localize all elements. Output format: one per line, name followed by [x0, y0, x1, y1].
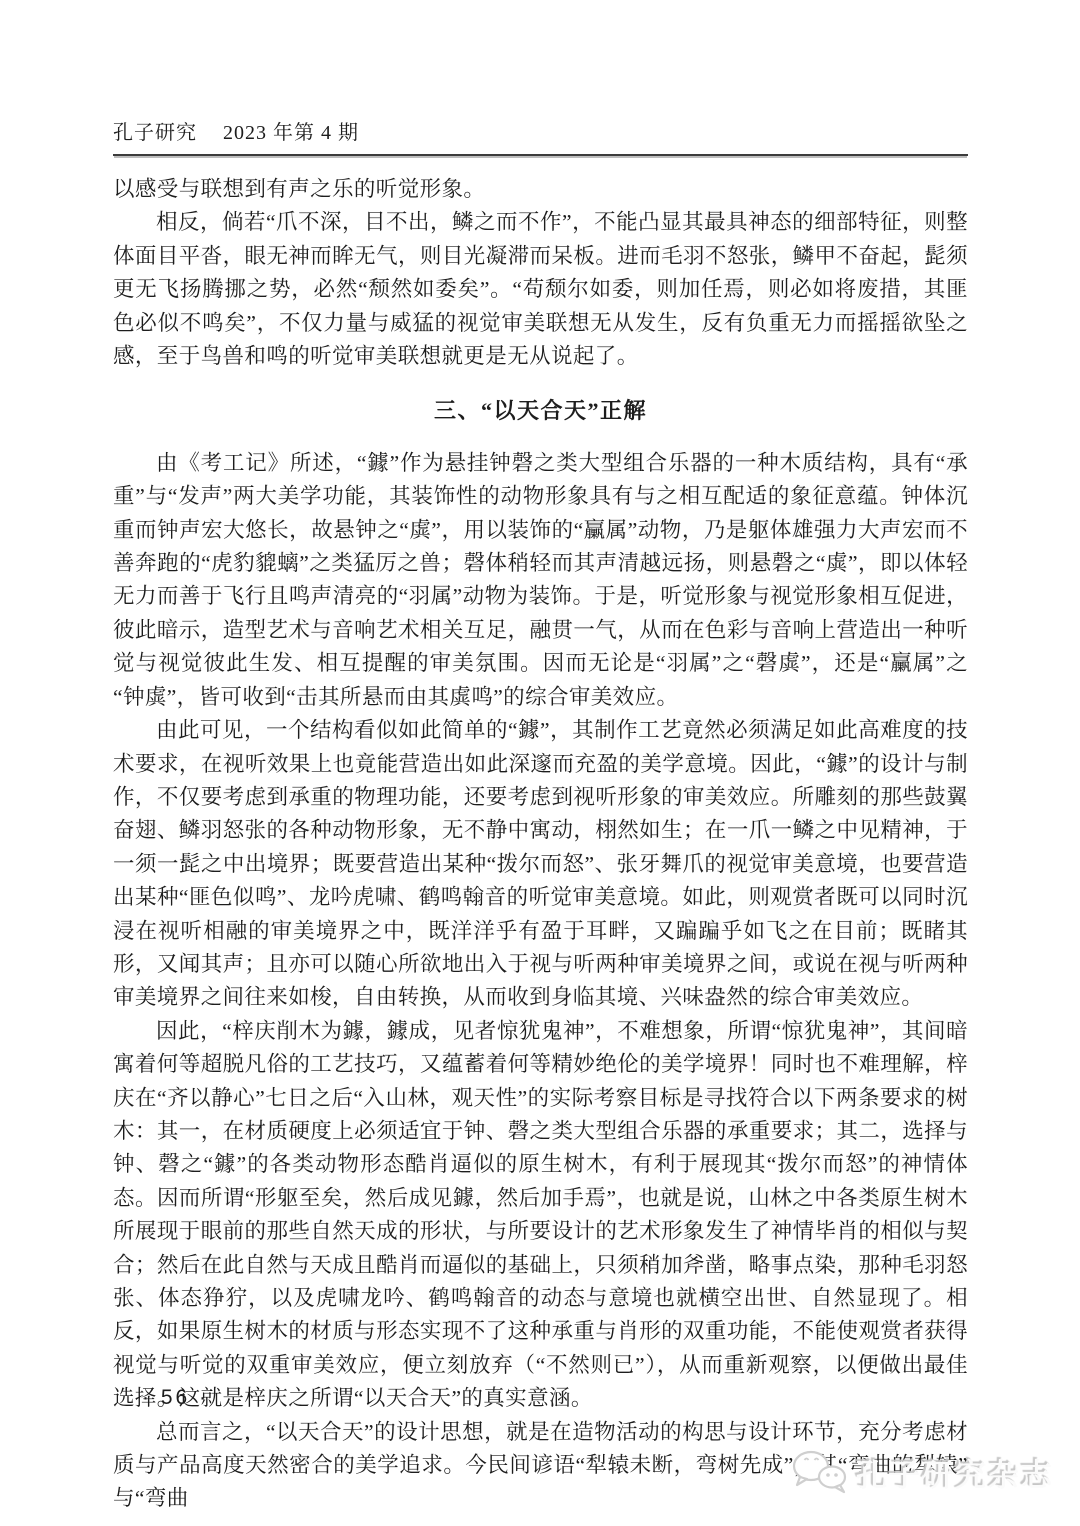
journal-watermark: 孔子研究杂志 [788, 1446, 1054, 1498]
page-number: · 56 · [142, 1386, 209, 1410]
paragraph-kaogongji: 由《考工记》所述，“鐻”作为悬挂钟磬之类大型组合乐器的一种木质结构，具有“承重”… [113, 447, 968, 714]
section-heading: 三、“以天合天”正解 [113, 394, 968, 427]
paragraph-youcikejian: 由此可见，一个结构看似如此简单的“鐻”，其制作工艺竟然必须满足如此高难度的技术要… [113, 714, 968, 1015]
paragraph-contrast: 相反，倘若“爪不深，目不出，鳞之而不作”，不能凸显其最具神态的细部特征，则整体面… [113, 206, 968, 373]
paragraph-carryover: 以感受与联想到有声之乐的听觉形象。 [113, 173, 968, 206]
wechat-icon [788, 1446, 852, 1498]
journal-title: 孔子研究 [113, 122, 197, 144]
journal-page: 孔子研究2023 年第 4 期 以感受与联想到有声之乐的听觉形象。 相反，倘若“… [0, 0, 1080, 1526]
paragraph-yinci: 因此，“梓庆削木为鐻，鐻成，见者惊犹鬼神”，不难想象，所谓“惊犹鬼神”，其间暗寓… [113, 1015, 968, 1416]
watermark-text: 孔子研究杂志 [856, 1450, 1054, 1495]
running-header: 孔子研究2023 年第 4 期 [113, 116, 968, 156]
article-body: 以感受与联想到有声之乐的听觉形象。 相反，倘若“爪不深，目不出，鳞之而不作”，不… [113, 173, 968, 1516]
page-content: 孔子研究2023 年第 4 期 以感受与联想到有声之乐的听觉形象。 相反，倘若“… [113, 116, 968, 1516]
issue-label: 2023 年第 4 期 [223, 122, 359, 144]
